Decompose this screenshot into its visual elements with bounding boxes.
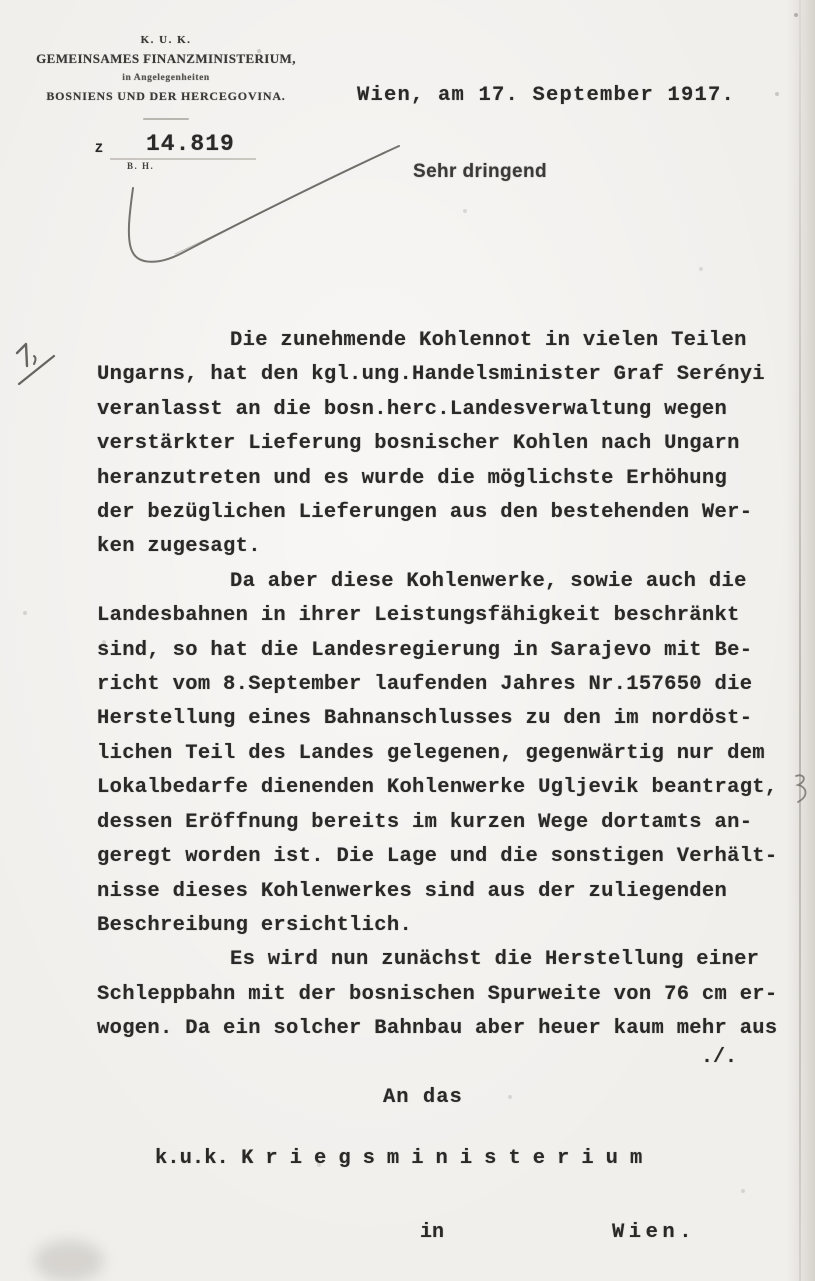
- recipient-preposition: in: [420, 1221, 444, 1244]
- recipient-abbrev: k.u.k.: [155, 1147, 229, 1170]
- body-paragraph-2: Da aber diese Kohlenwerke, sowie auch di…: [97, 565, 794, 943]
- letterhead: K. U. K. GEMEINSAMES FINANZMINISTERIUM, …: [20, 31, 312, 120]
- recipient-city: Wien.: [612, 1221, 696, 1244]
- letterhead-org-line4: BOSNIENS UND DER HERCEGOVINA.: [20, 87, 312, 106]
- enclosure-mark: ./.: [701, 1046, 737, 1069]
- urgency-note: Sehr dringend: [413, 161, 547, 183]
- scan-smudge: [34, 1240, 104, 1281]
- edge-squiggle-mark: [790, 772, 814, 806]
- page-fold-line: [799, 0, 801, 1281]
- margin-annotation-mark: [6, 330, 66, 392]
- letterhead-divider-rule: [143, 118, 189, 120]
- letterhead-org-line2: GEMEINSAMES FINANZMINISTERIUM,: [20, 49, 312, 69]
- letterhead-org-line3: in Angelegenheiten: [20, 69, 312, 87]
- date-line: Wien, am 17. September 1917.: [357, 84, 735, 107]
- handwritten-flourish-mark: [115, 138, 415, 278]
- scanned-letter-page: K. U. K. GEMEINSAMES FINANZMINISTERIUM, …: [0, 0, 815, 1281]
- recipient-salutation: An das: [383, 1086, 463, 1109]
- recipient-ministry: Kriegsministerium: [241, 1147, 654, 1170]
- body-paragraph-1: Die zunehmende Kohlennot in vielen Teile…: [97, 324, 794, 565]
- recipient-line: k.u.k. Kriegsministerium: [155, 1147, 654, 1170]
- letter-body: Die zunehmende Kohlennot in vielen Teile…: [97, 324, 794, 1047]
- body-paragraph-3: Es wird nun zunächst die Herstellung ein…: [97, 943, 794, 1046]
- reference-prefix: Z: [95, 141, 103, 156]
- scan-speckles: [0, 0, 2, 2]
- letterhead-org-line1: K. U. K.: [20, 31, 312, 49]
